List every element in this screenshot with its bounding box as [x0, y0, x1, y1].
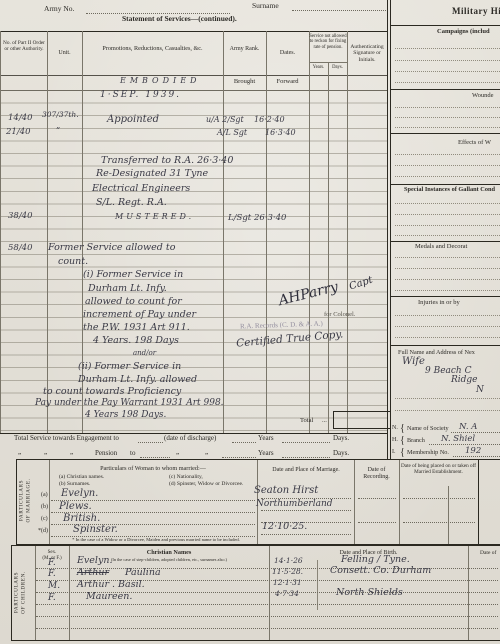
- entry-former-service-9: (ii) Former Service in: [78, 361, 181, 372]
- row-label-a: (a): [41, 492, 48, 498]
- years-days-split-line: [328, 62, 329, 433]
- section-line: [391, 89, 500, 90]
- marriage-col-line: [399, 460, 400, 544]
- ruled-line: [395, 235, 500, 236]
- section-line: [391, 133, 500, 134]
- col-line-6: [347, 31, 348, 433]
- col-header-years: Years.: [309, 65, 328, 70]
- marriage-col-line: [49, 460, 50, 544]
- pension-to-label: to: [130, 449, 135, 457]
- section-line: [391, 296, 500, 297]
- military-history-panel: Military Hist Campaigns (includ Wounde E…: [391, 0, 500, 459]
- child-birth-date: 14·1·26: [274, 556, 303, 565]
- total-dots: ...: [322, 417, 327, 424]
- row-line: [403, 522, 475, 523]
- days-label-row2: Days.: [333, 449, 349, 457]
- entry-rank-3: L/Sgt: [228, 213, 251, 223]
- col-header-authority: No. of Part II Order or other Authority.: [2, 40, 46, 52]
- entry-redesignated: Re-Designated 31 Tyne: [96, 168, 208, 179]
- surname-blank-line: [292, 10, 388, 11]
- total-label: Total: [300, 417, 313, 424]
- marriage-place-1: Seaton Hirst: [254, 485, 318, 496]
- marriage-col-line: [448, 486, 449, 544]
- section-line: [391, 241, 500, 242]
- children-col-line: [269, 546, 270, 640]
- ruled-line: [395, 398, 500, 399]
- membership-label: Membership No.: [407, 449, 449, 456]
- ruled-line: [395, 410, 500, 411]
- row-label-d: *(d): [38, 528, 48, 534]
- col-line-1: [47, 31, 48, 433]
- child-sex: F.: [48, 558, 56, 568]
- next-of-kin-header: Full Name and Address of Nex: [398, 349, 475, 356]
- child-name: Arthur . Basil.: [77, 579, 145, 590]
- branch-letter: H.: [392, 437, 398, 443]
- leader-dots: [140, 457, 170, 458]
- entry-former-service-12: Pay under the Pay Warrant 1931 Art 998.: [35, 398, 224, 408]
- row-line: [36, 616, 498, 617]
- col-line-5: [309, 31, 310, 433]
- entry-former-service-1: Former Service allowed to: [48, 242, 175, 253]
- wounded-header: Wounde: [472, 92, 494, 99]
- ditto-3: „: [70, 448, 73, 456]
- service-record-page: Army No. Surname Statement of Services—(…: [0, 0, 500, 644]
- forward-label: Forward: [266, 78, 309, 85]
- leader-dots: [453, 456, 500, 457]
- leader-dots: [222, 457, 256, 458]
- row-label-b: (b): [41, 504, 48, 510]
- row-line: [358, 522, 396, 523]
- entry-former-service-7: the P.W. 1931 Art 911.: [83, 322, 190, 333]
- ruled-line: [395, 60, 500, 61]
- next-of-kin-address-2: Ridge: [451, 375, 478, 385]
- ruled-line: [395, 225, 500, 226]
- ruled-line: [395, 71, 500, 72]
- entry-authority-2: 21/40: [6, 127, 31, 137]
- entry-unit-ditto: ”: [56, 126, 60, 135]
- child-birth-place: Consett. Co. Durham: [330, 565, 431, 576]
- table-left-border: [0, 31, 1, 433]
- col-line-4: [266, 31, 267, 433]
- next-of-kin-wife: Wife: [402, 356, 425, 367]
- col-header-pension: Service not allowed to reckon for fixing…: [309, 34, 347, 50]
- entry-mustered: MUSTERED.: [115, 212, 194, 221]
- pension-label: Pension: [95, 449, 117, 457]
- marriage-col-line: [354, 460, 355, 544]
- years-label-row1: Years: [258, 434, 274, 442]
- brought-label: Brought: [223, 78, 266, 85]
- col-line-3: [223, 31, 224, 433]
- entry-authority-4: 58/40: [8, 243, 33, 253]
- ruled-line: [395, 214, 500, 215]
- marriage-section: PARTICULARS OF MARRIAGE. Particulars of …: [16, 459, 500, 545]
- society-label: Name of Society: [407, 425, 449, 432]
- section-line: [391, 345, 500, 346]
- entry-date-1: 16·2·40: [254, 115, 285, 124]
- leader-dots: [282, 457, 330, 458]
- ruled-line: [395, 165, 500, 166]
- col-header-days: Days.: [328, 65, 347, 70]
- injuries-header: Injuries in or by: [418, 299, 460, 306]
- panel-divider-line-1: [387, 0, 388, 459]
- marriage-side-label-line2: OF MARRIAGE.: [25, 459, 32, 543]
- col-header-promotions: Promotions, Reductions, Casualties, &c.: [84, 45, 221, 52]
- child-birth-place: North Shields: [336, 587, 403, 598]
- membership-letter: I.: [392, 449, 396, 455]
- entry-authority-3: 38/40: [8, 211, 33, 221]
- leader-dots: [451, 432, 500, 433]
- ditto-4: „: [176, 448, 179, 456]
- total-service-engagement-label: Total Service towards Engagement to: [14, 434, 119, 442]
- ruled-line: [395, 203, 500, 204]
- army-no-label: Army No.: [44, 4, 74, 13]
- entry-former-service-8: 4 Years. 198 Days: [93, 335, 179, 346]
- ruled-line: [395, 315, 500, 316]
- ruled-line: [395, 107, 500, 108]
- marriage-date-place-header: Date and Place of Marriage.: [261, 467, 351, 474]
- children-side-label: PARTICULARS OF CHILDREN.: [14, 551, 27, 635]
- ruled-line: [395, 279, 500, 280]
- ruled-line: [395, 326, 500, 327]
- row-line: [261, 510, 351, 511]
- military-history-title: Military Hist: [452, 6, 500, 16]
- entry-former-service-3: (i) Former Service in: [83, 269, 183, 280]
- recording-date-header: Date of Recording.: [356, 467, 397, 481]
- row-label-c: (c): [41, 516, 48, 522]
- ruled-line: [395, 127, 500, 128]
- entry-former-service-5: allowed to count for: [85, 296, 182, 307]
- days-label-row1: Days.: [333, 434, 349, 442]
- leader-dots: [232, 442, 256, 443]
- child-sex: F.: [48, 593, 56, 603]
- entry-rank-1: u/A 2/Sgt: [206, 115, 244, 124]
- child-name: Paulina: [125, 567, 161, 578]
- child-sex: F.: [48, 569, 56, 579]
- leader-dots: [138, 442, 163, 443]
- child-birth-date: 11·5·28.: [272, 567, 303, 576]
- entry-former-service-6: increment of Pay under: [83, 309, 196, 320]
- entry-appointed: Appointed: [107, 114, 159, 125]
- entry-transferred: Transferred to R.A. 26·3·40: [101, 155, 233, 166]
- branch-brace: {: [400, 435, 405, 446]
- ruled-line: [395, 154, 500, 155]
- society-brace: {: [400, 423, 405, 434]
- ruled-line: [395, 290, 500, 291]
- total-box: [333, 411, 391, 429]
- entry-date-2: 16·3·40: [265, 128, 296, 137]
- marriage-date: 12·10·25.: [262, 521, 307, 532]
- label-nationality: (c) Nationality,: [169, 474, 203, 480]
- section-line: [391, 25, 500, 26]
- label-spinster: (d) Spinster, Widow or Divorcee.: [169, 481, 243, 487]
- entry-former-service-2: count.: [58, 256, 88, 267]
- ruled-line: [395, 257, 500, 258]
- society-letter: N.: [392, 425, 398, 431]
- surname-label: Surname: [252, 1, 279, 10]
- married-establishment-header: Date of being placed on or taken off Mar…: [401, 464, 476, 476]
- entry-embodied: EMBODIED: [120, 76, 200, 85]
- table-top-border: [0, 31, 387, 32]
- ruled-line: [395, 337, 500, 338]
- ditto-2: „: [44, 448, 47, 456]
- leader-dots: [282, 442, 330, 443]
- children-side-label-line2: OF CHILDREN.: [20, 551, 27, 635]
- wife-surname: Plews.: [59, 501, 92, 512]
- entry-unit: 307/37th.: [42, 110, 79, 119]
- marriage-place-2: Northumberland: [256, 499, 333, 509]
- entry-former-service-11: to count towards Proficiency: [43, 386, 181, 397]
- col-header-unit: Unit.: [47, 50, 82, 56]
- membership-brace: {: [400, 447, 405, 458]
- ruled-line: [395, 82, 500, 83]
- years-label-row2: Years: [258, 449, 274, 457]
- child-name-struck: Arthur: [77, 567, 109, 578]
- marriage-side-label: PARTICULARS OF MARRIAGE.: [19, 459, 32, 543]
- entry-electrical: Electrical Engineers: [92, 183, 190, 194]
- marriage-col-line: [478, 460, 479, 544]
- entry-authority-1: 14/40: [8, 113, 33, 123]
- entry-and-or: and/or: [133, 349, 156, 357]
- ruled-line: [395, 117, 500, 118]
- child-name: Evelyn.: [77, 555, 112, 566]
- statement-title: Statement of Services—(continued).: [122, 14, 237, 23]
- right-column-header: Date of: [480, 550, 496, 556]
- entry-embodied-date: 1·SEP. 1939.: [100, 90, 181, 100]
- campaigns-header: Campaigns (includ: [437, 28, 490, 35]
- membership-value: 192: [465, 446, 481, 456]
- entry-former-service-10: Durham Lt. Infy. allowed: [78, 374, 197, 385]
- wife-nationality: British.: [63, 513, 100, 524]
- row-line: [36, 628, 498, 629]
- col-header-dates: Dates.: [266, 50, 309, 56]
- children-section: PARTICULARS OF CHILDREN. Sex. (M. or F.)…: [11, 545, 500, 641]
- child-name: Maureen.: [86, 591, 132, 602]
- col-header-auth-sig: Authenticating Signature or Initials.: [348, 44, 386, 63]
- row-line: [358, 498, 396, 499]
- child-birth-place: Felling / Tyne.: [341, 554, 410, 565]
- gallant-conduct-header: Special Instances of Gallant Cond: [404, 186, 495, 193]
- ditto-1: „: [18, 448, 21, 456]
- entry-date-3: 26·3·40: [254, 213, 286, 223]
- branch-label: Branch: [407, 437, 425, 444]
- entry-former-service-4: Durham Lt. Infy.: [88, 283, 167, 294]
- entry-former-service-13: 4 Years 198 Days.: [85, 410, 166, 420]
- row-line: [261, 534, 351, 535]
- branch-value: N. Shiel: [441, 434, 475, 444]
- effects-header: Effects of W: [458, 139, 491, 146]
- ruled-line: [395, 268, 500, 269]
- woman-particulars-header: Particulars of Woman to whom married:—: [53, 465, 253, 472]
- col-header-rank: Army Rank.: [223, 46, 266, 53]
- row-line: [403, 498, 475, 499]
- ruled-line: [395, 48, 500, 49]
- wife-spinster: Spinster.: [73, 524, 118, 535]
- marriage-footnote: * In the case of a Widow or a Divorcee, …: [53, 537, 259, 542]
- label-surnames: (b) Surnames.: [59, 481, 90, 487]
- medals-header: Medals and Decorat: [415, 243, 467, 250]
- wife-christian-name: Evelyn.: [61, 488, 98, 499]
- for-colonel-label: for Colonel.: [324, 311, 355, 318]
- children-col-line: [468, 546, 469, 640]
- child-birth-date: 4·7·34: [275, 589, 299, 598]
- row-line: [36, 604, 498, 605]
- ditto-5: „: [205, 448, 208, 456]
- section-line: [391, 184, 500, 185]
- ruled-line: [395, 176, 500, 177]
- date-of-discharge-label: (date of discharge): [164, 434, 216, 442]
- next-of-kin-address-3: N: [476, 385, 484, 395]
- child-sex: M.: [48, 581, 60, 591]
- child-birth-date: 12·1·31: [273, 578, 302, 587]
- col-line-2: [82, 31, 83, 433]
- label-christian-names: (a) Christian names.: [59, 474, 104, 480]
- society-value: N. A: [459, 422, 477, 432]
- entry-rank-2: A/L Sgt: [217, 128, 247, 137]
- leader-dots: [429, 444, 500, 445]
- entry-sl-regt: S/L. Regt. R.A.: [96, 197, 167, 208]
